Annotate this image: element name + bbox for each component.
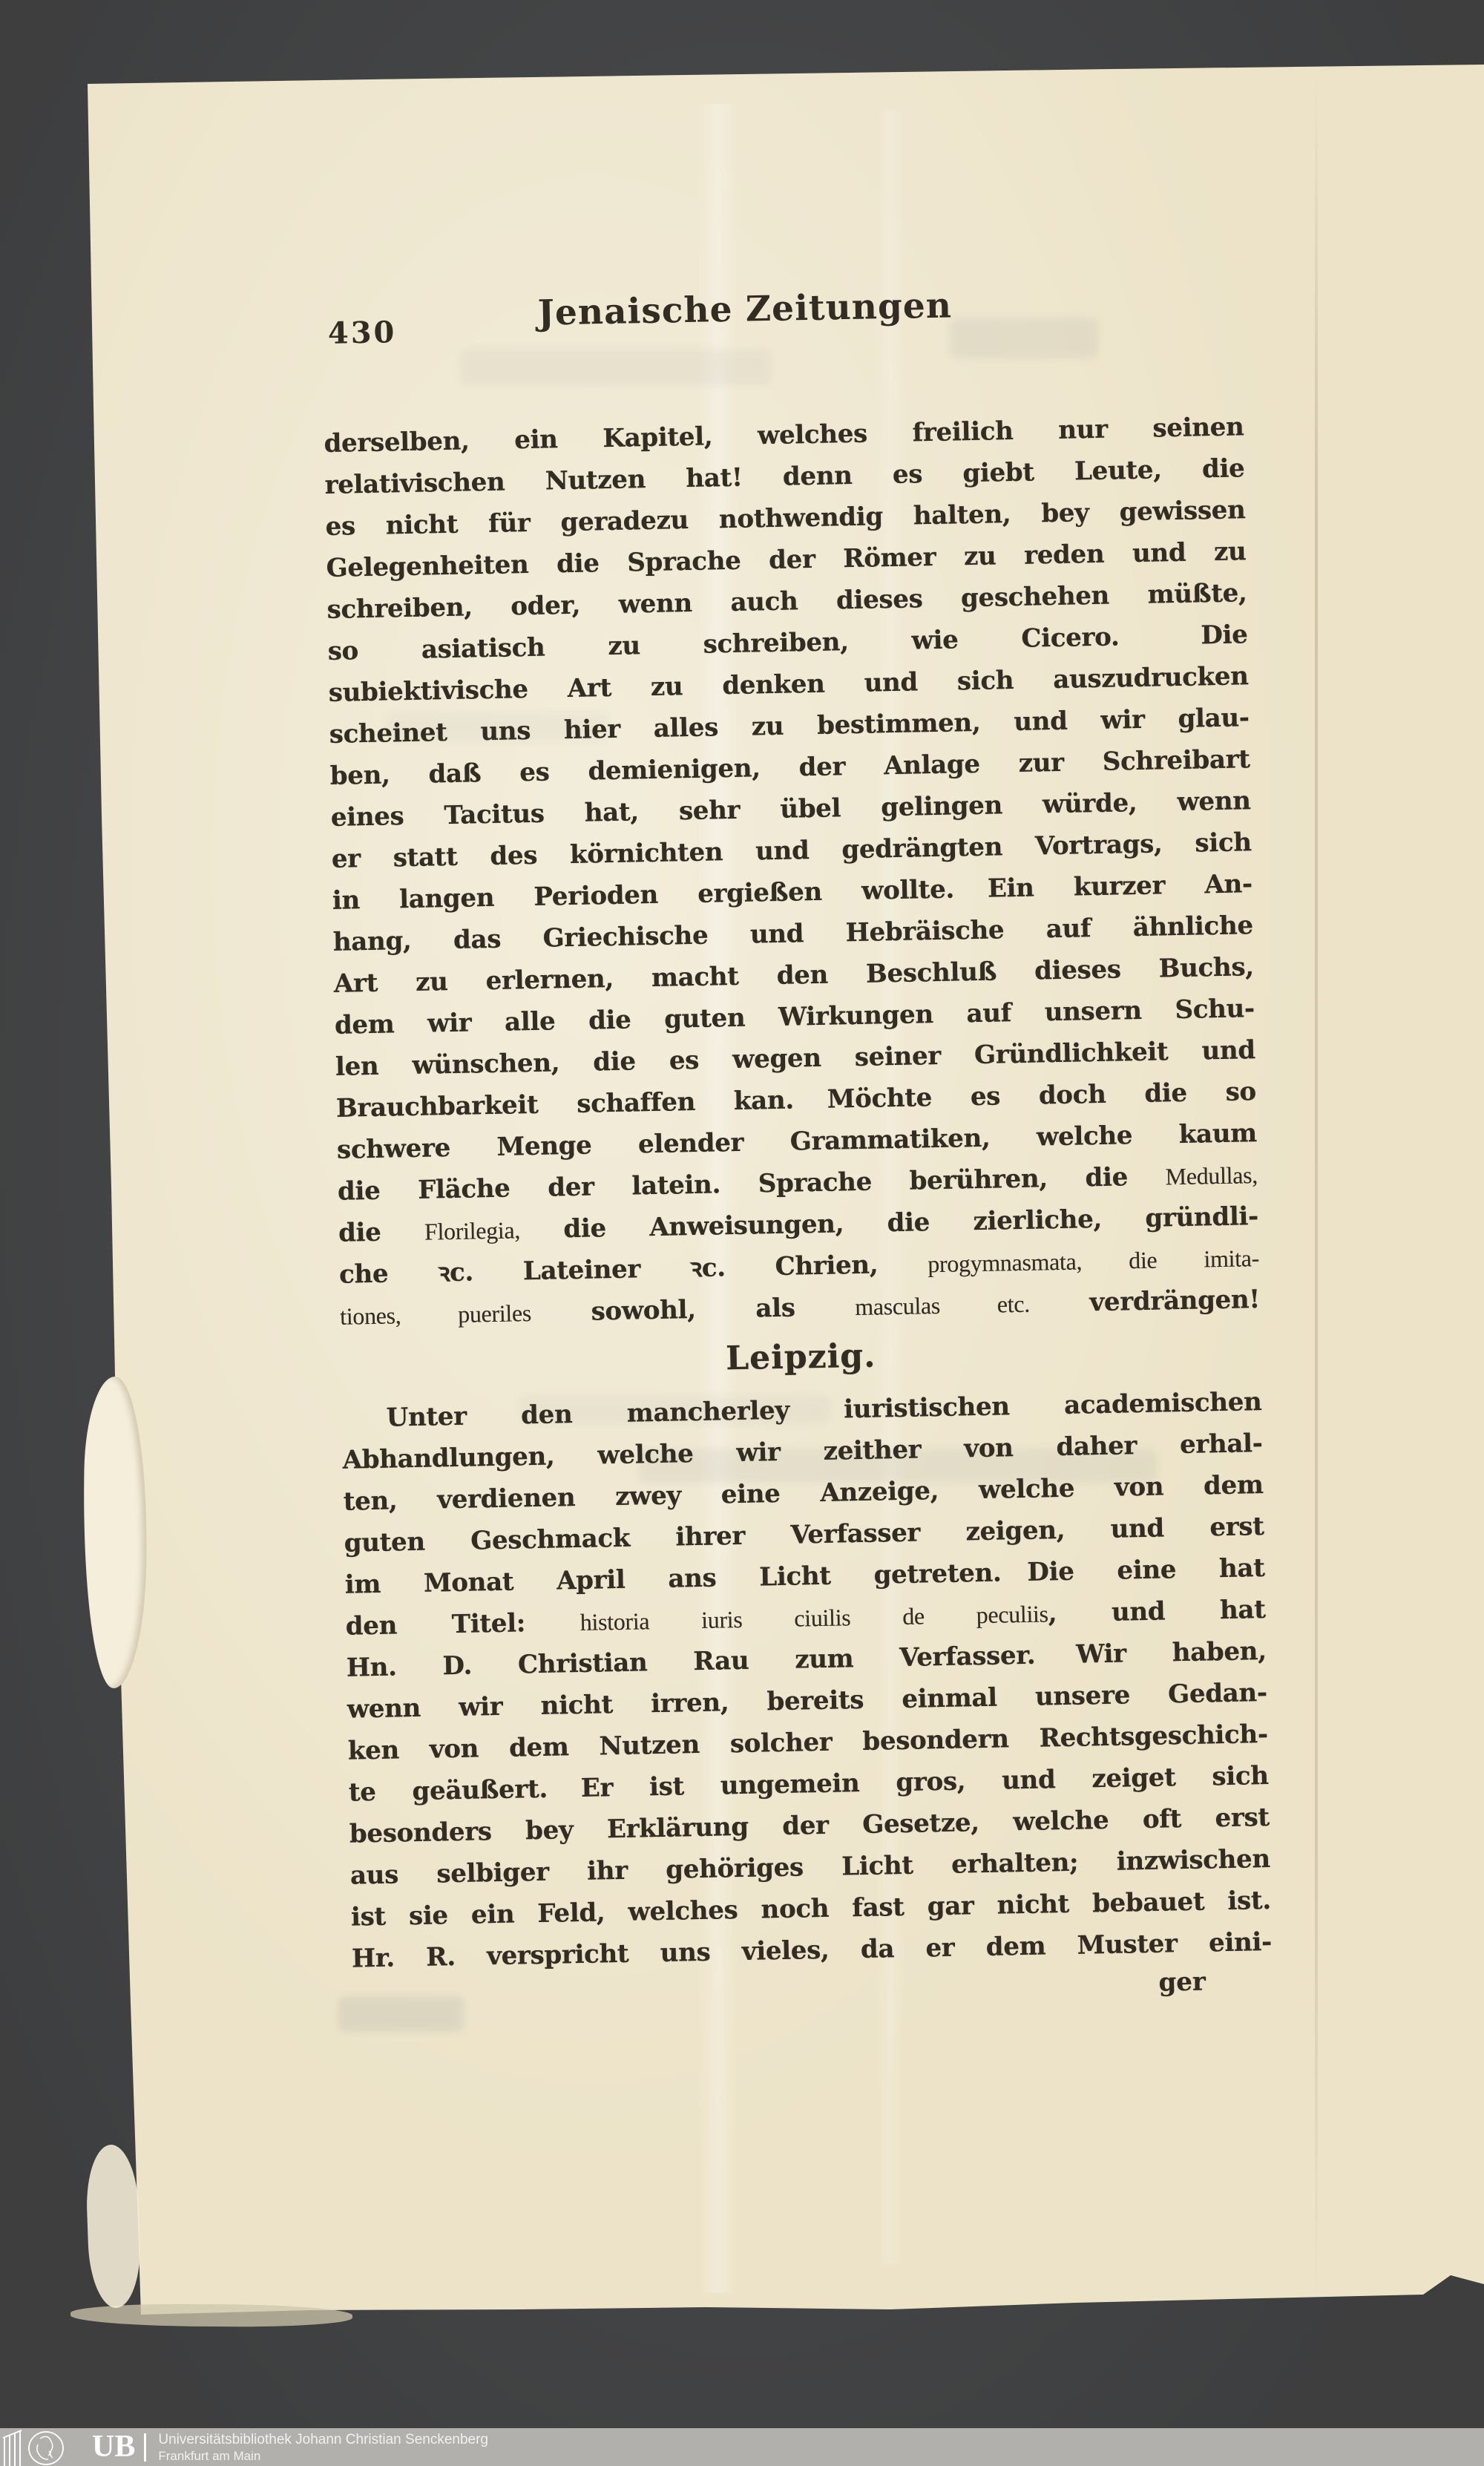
fraktur-text-segment: Wir haben, <box>1076 1636 1267 1670</box>
typographic-gap <box>1035 1662 1076 1664</box>
fraktur-text-segment: Die eine hat <box>1027 1553 1265 1587</box>
library-logo: UB <box>0 2428 158 2466</box>
fraktur-text-segment: , und hat <box>1048 1595 1266 1628</box>
ub-logo-icon <box>1 2428 89 2466</box>
fraktur-text-segment: che ꝛc. Lateiner ꝛc. Chrien, <box>339 1249 928 1290</box>
fraktur-text-segment: im Monat April ans Licht getreten. <box>344 1558 1001 1599</box>
footer-bar: UB Universitätsbibliothek Johann Christi… <box>0 2428 1484 2466</box>
typographic-gap <box>954 896 988 898</box>
ub-logo-text: UB <box>92 2428 135 2466</box>
typographic-gap <box>1120 643 1201 645</box>
fraktur-text-segment: Hn. D. Christian Rau zum Verfasser. <box>346 1641 1035 1683</box>
scan-viewport: { "colors":{ "background":"#464748", "pa… <box>0 0 1484 2466</box>
typographic-gap <box>794 1107 827 1109</box>
fold-crease <box>1315 74 1318 2301</box>
fraktur-text-segment: die <box>338 1217 425 1248</box>
text-block-lines: derselben, ein Kapitel, welches freilich… <box>324 406 1272 1979</box>
page-number: 430 <box>327 315 396 351</box>
typographic-gap <box>548 1796 581 1797</box>
fraktur-text-segment: den Titel: <box>345 1607 580 1642</box>
text-block: 430 Jenaische Zeitungen derselben, ein K… <box>321 280 1273 2018</box>
typographic-gap <box>342 1426 387 1427</box>
fraktur-text-segment: Ein kurzer An- <box>988 869 1252 904</box>
fraktur-text-segment: Möchte es doch die so <box>827 1077 1256 1115</box>
page-header: 430 Jenaische Zeitungen <box>321 280 1244 423</box>
latin-text-segment: historia iuris ciuilis de peculiis <box>580 1601 1048 1636</box>
fraktur-text-segment: die Anweisungen, die zierliche, gründli- <box>520 1201 1259 1245</box>
paper-tear <box>85 2144 142 2309</box>
fraktur-text-segment: Er ist ungemein gros, und zeiget sich <box>581 1761 1270 1803</box>
fraktur-text-segment: sowohl, als <box>531 1292 856 1328</box>
library-text: Universitätsbibliothek Johann Christian … <box>158 2431 488 2464</box>
fraktur-text-segment: verdrängen! <box>1029 1285 1260 1319</box>
latin-text-segment: tiones, pueriles <box>340 1300 531 1330</box>
typographic-gap <box>1002 1580 1028 1581</box>
latin-text-segment: Medullas, <box>1165 1162 1258 1190</box>
latin-text-segment: progymnasmata, die imita- <box>927 1245 1259 1277</box>
fraktur-text-segment: te geäußert. <box>349 1774 548 1808</box>
logo-divider <box>144 2433 146 2462</box>
latin-text-segment: masculas etc. <box>855 1291 1030 1320</box>
fraktur-text-segment: in langen Perioden ergießen wollte. <box>332 875 955 916</box>
journal-title: Jenaische Zeitungen <box>537 285 952 333</box>
latin-text-segment: Florilegia, <box>424 1217 521 1245</box>
library-name: Universitätsbibliothek Johann Christian … <box>158 2431 488 2448</box>
fraktur-text-segment: Brauchbarkeit schaffen kan. <box>336 1086 795 1124</box>
library-location: Frankfurt am Main <box>158 2448 488 2464</box>
fraktur-text-segment: Die <box>1201 620 1248 650</box>
